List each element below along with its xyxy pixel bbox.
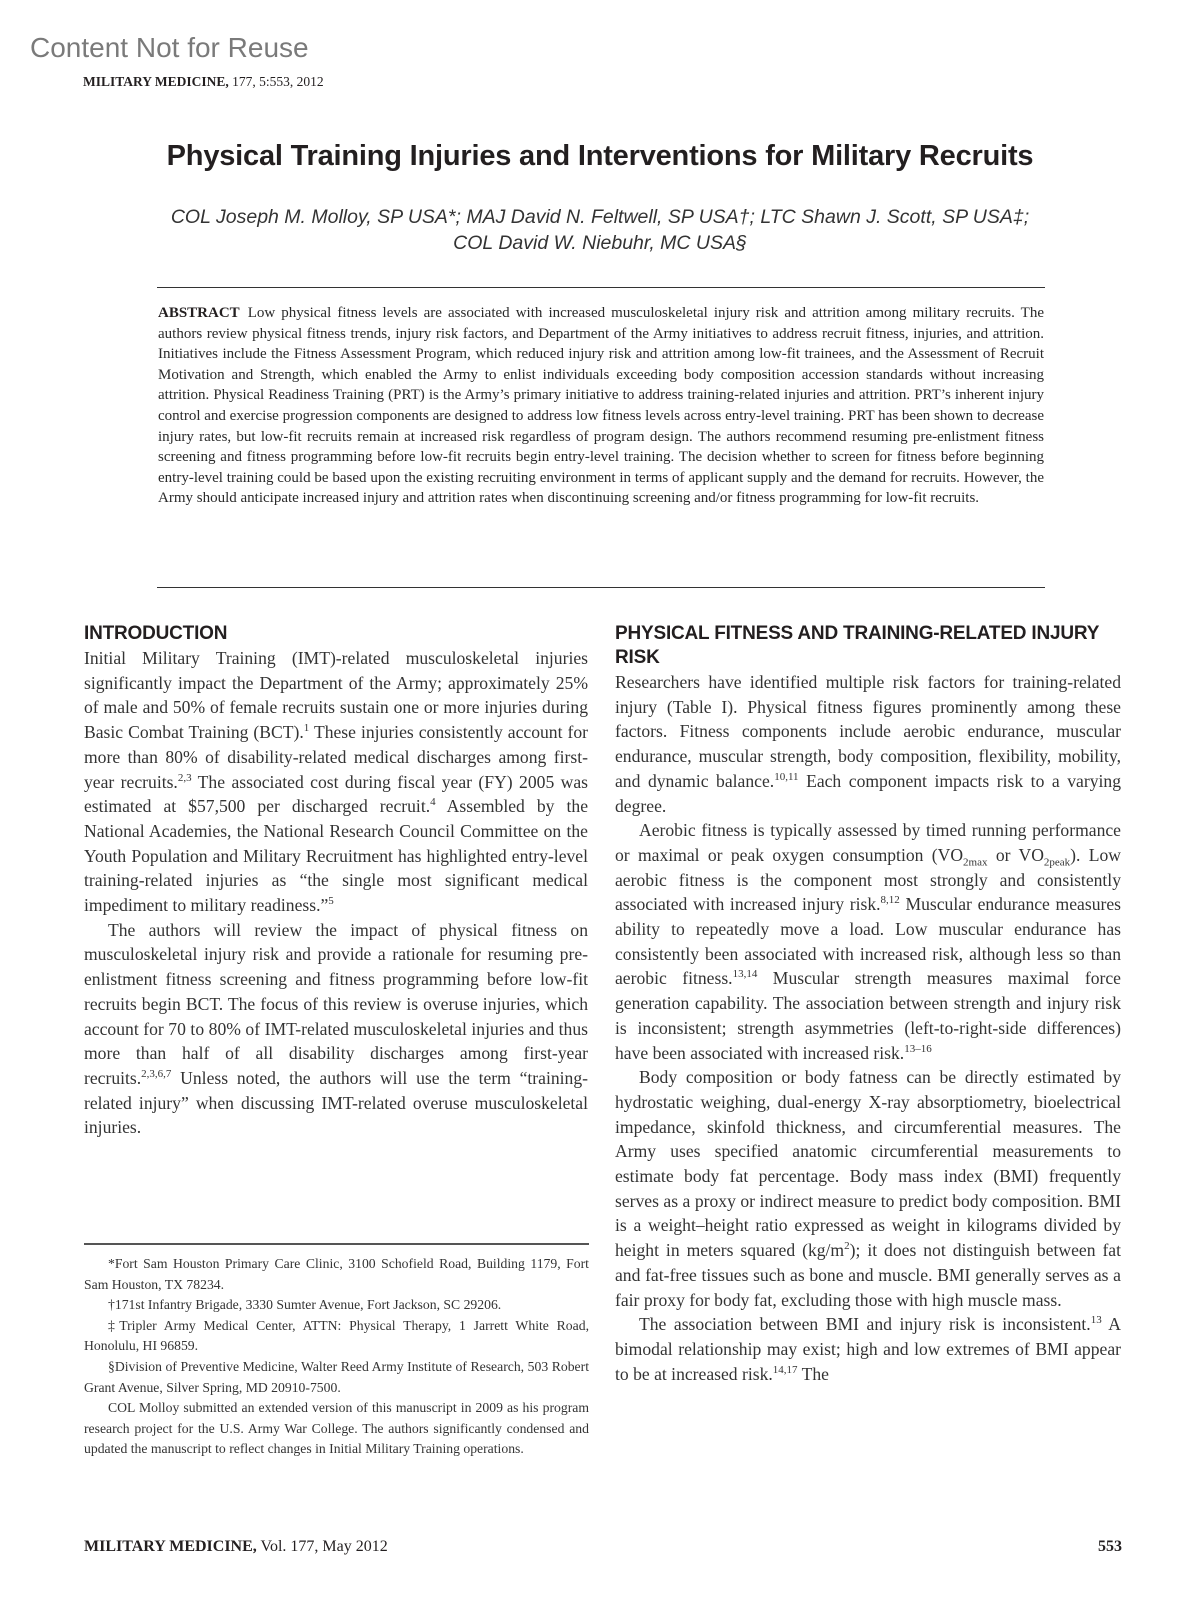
citation-ref[interactable]: 2,3,6,7 <box>141 1068 171 1080</box>
fitness-paragraph-1: Researchers have identified multiple ris… <box>615 670 1121 818</box>
abstract-bottom-rule <box>157 587 1045 588</box>
abstract: ABSTRACTLow physical fitness levels are … <box>158 303 1044 509</box>
running-head-citation: 177, 5:553, 2012 <box>229 74 324 89</box>
author-list: COL Joseph M. Molloy, SP USA*; MAJ David… <box>0 204 1200 256</box>
footnote: †171st Infantry Brigade, 3330 Sumter Ave… <box>84 1295 589 1316</box>
author-line-2: COL David W. Niebuhr, MC USA§ <box>0 230 1200 256</box>
footnote: COL Molloy submitted an extended version… <box>84 1398 589 1460</box>
footnote-rule <box>84 1243 589 1245</box>
article-title: Physical Training Injuries and Intervent… <box>0 140 1200 173</box>
citation-ref[interactable]: 10,11 <box>774 771 798 783</box>
citation-ref[interactable]: 13,14 <box>733 969 758 981</box>
introduction-paragraph-2: The authors will review the impact of ph… <box>84 918 588 1140</box>
abstract-top-rule <box>157 287 1045 288</box>
page-footer-journal: MILITARY MEDICINE, Vol. 177, May 2012 <box>84 1538 388 1556</box>
footnote: ‡Tripler Army Medical Center, ATTN: Phys… <box>84 1316 589 1357</box>
page-number: 553 <box>1098 1538 1122 1556</box>
watermark: Content Not for Reuse <box>30 32 309 64</box>
fitness-section-heading: PHYSICAL FITNESS AND TRAINING-RELATED IN… <box>615 622 1121 670</box>
citation-ref[interactable]: 13 <box>1091 1314 1102 1326</box>
abstract-text: Low physical fitness levels are associat… <box>158 305 1044 506</box>
author-line-1: COL Joseph M. Molloy, SP USA*; MAJ David… <box>0 204 1200 230</box>
footnote: *Fort Sam Houston Primary Care Clinic, 3… <box>84 1254 589 1295</box>
introduction-paragraph-1: Initial Military Training (IMT)-related … <box>84 646 588 918</box>
introduction-heading: INTRODUCTION <box>84 622 588 646</box>
affiliation-footnotes: *Fort Sam Houston Primary Care Clinic, 3… <box>84 1254 589 1460</box>
running-head-journal: MILITARY MEDICINE, <box>83 74 229 89</box>
footnote: §Division of Preventive Medicine, Walter… <box>84 1357 589 1398</box>
citation-ref[interactable]: 14,17 <box>773 1364 798 1376</box>
fitness-paragraph-3: Body composition or body fatness can be … <box>615 1065 1121 1312</box>
citation-ref[interactable]: 13–16 <box>904 1043 932 1055</box>
fitness-paragraph-4: The association between BMI and injury r… <box>615 1312 1121 1386</box>
citation-ref[interactable]: 2,3 <box>178 772 192 784</box>
running-head: MILITARY MEDICINE, 177, 5:553, 2012 <box>83 74 324 90</box>
abstract-label: ABSTRACT <box>158 305 240 321</box>
citation-ref[interactable]: 8,12 <box>881 894 900 906</box>
citation-ref[interactable]: 5 <box>328 895 334 907</box>
fitness-paragraph-2: Aerobic fitness is typically assessed by… <box>615 818 1121 1065</box>
left-column: INTRODUCTION Initial Military Training (… <box>84 622 588 1140</box>
right-column: PHYSICAL FITNESS AND TRAINING-RELATED IN… <box>615 622 1121 1386</box>
